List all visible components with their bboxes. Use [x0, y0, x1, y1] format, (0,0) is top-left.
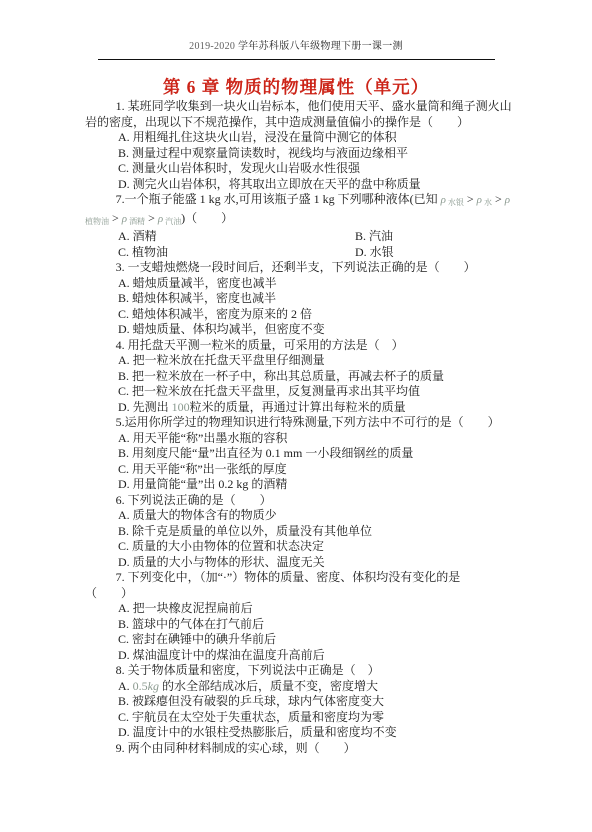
option-line: B. 篮球中的气体在打气前后 — [85, 617, 517, 633]
text-segment: C. 宇航员在太空处于失重状态，质量和密度均为零 — [118, 710, 384, 724]
text-segment: A. 把一块橡皮泥捏扁前后 — [118, 601, 253, 615]
option-line: A. 0.5kg 的水全部结成冰后，质量不变，密度增大 — [85, 679, 517, 695]
option-line: C. 用天平能“称”出一张纸的厚度 — [85, 462, 517, 478]
text-segment: > — [464, 192, 477, 206]
question-stem: 6. 下列说法正确的是（ ） — [85, 493, 517, 509]
option-line: D. 用量筒能“量”出 0.2 kg 的酒精 — [85, 477, 517, 493]
text-segment: C. 植物油 — [118, 245, 168, 259]
text-segment: 水银 — [446, 198, 464, 207]
option-line: C. 质量的大小由物体的位置和状态决定 — [85, 539, 517, 555]
text-segment: C. 质量的大小由物体的位置和状态决定 — [118, 539, 324, 553]
option-line: D. 先测出 100粒米的质量，再通过计算出每粒米的质量 — [85, 400, 517, 416]
question-stem: 9. 两个由同种材料制成的实心球，则（ ） — [85, 741, 517, 757]
text-segment: 的水全部结成冰后，质量不变，密度增大 — [159, 679, 378, 693]
question: 9. 两个由同种材料制成的实心球，则（ ） — [85, 741, 517, 757]
question-stem: 1. 某班同学收集到一块火山岩标本，他们使用天平、盛水量筒和绳子测火山岩的密度，… — [85, 99, 517, 130]
option-line: B. 把一粒米放在一杯子中，称出其总质量，再减去杯子的质量 — [85, 369, 517, 385]
text-segment: A. 把一粒米放在托盘天平盘里仔细测量 — [118, 353, 325, 367]
text-segment: A. 用天平能“称”出墨水瓶的容积 — [118, 431, 287, 445]
option-line: D. 煤油温度计中的煤油在温度升高前后 — [85, 648, 517, 664]
option-line: D. 质量的大小与物体的形状、温度无关 — [85, 555, 517, 571]
text-segment: 7. 下列变化中，（加“·”）物体的质量、密度、体积均没有变化的是 （ ） — [85, 570, 460, 600]
option-line: B. 被踩瘪但没有破裂的乒乓球，球内气体密度变大 — [85, 694, 517, 710]
question-stem: 5.运用你所学过的物理知识进行特殊测量,下列方法中不可行的是（ ） — [85, 415, 517, 431]
text-segment: 7.一个瓶子能盛 1 kg 水,可用该瓶子盛 1 kg 下列哪种液体(已知 — [116, 192, 441, 206]
text-segment: D. 质量的大小与物体的形状、温度无关 — [118, 555, 325, 569]
text-segment: D. 蜡烛质量、体积均减半，但密度不变 — [118, 322, 325, 336]
option-line: C. 植物油 — [85, 245, 322, 261]
text-segment: 3. 一支蜡烛燃烧一段时间后，还剩半支，下列说法正确的是（ ） — [116, 260, 476, 274]
text-segment: kg — [148, 679, 159, 693]
option-line: C. 蜡烛体积减半，密度为原来的 2 倍 — [85, 307, 517, 323]
option-line: B. 蜡烛体积减半，密度也减半 — [85, 291, 517, 307]
option-group: A. 用天平能“称”出墨水瓶的容积B. 用刻度尺能“量”出直径为 0.1 mm … — [85, 431, 517, 493]
text-segment: A. 酒精 — [118, 229, 157, 243]
text-segment: B. 把一粒米放在一杯子中，称出其总质量，再减去杯子的质量 — [118, 369, 444, 383]
text-segment: B. 被踩瘪但没有破裂的乒乓球，球内气体密度变大 — [118, 694, 384, 708]
option-line: A. 酒精 — [85, 229, 322, 245]
text-segment: B. 用刻度尺能“量”出直径为 0.1 mm 一小段细钢丝的质量 — [118, 446, 413, 460]
text-segment: C. 密封在碘锤中的碘升华前后 — [118, 632, 276, 646]
header-year: 2019-2020 — [189, 41, 235, 52]
question: 7. 下列变化中，（加“·”）物体的质量、密度、体积均没有变化的是 （ ）A. … — [85, 570, 517, 663]
text-segment: 6. 下列说法正确的是（ ） — [116, 493, 272, 507]
text-segment: 5.运用你所学过的物理知识进行特殊测量,下列方法中不可行的是（ ） — [116, 415, 500, 429]
option-group: A. 0.5kg 的水全部结成冰后，质量不变，密度增大B. 被踩瘪但没有破裂的乒… — [85, 679, 517, 741]
text-segment: 水 — [482, 198, 492, 207]
question: 3. 一支蜡烛燃烧一段时间后，还剩半支，下列说法正确的是（ ）A. 蜡烛质量减半… — [85, 260, 517, 338]
question: 5.运用你所学过的物理知识进行特殊测量,下列方法中不可行的是（ ）A. 用天平能… — [85, 415, 517, 493]
option-line: B. 除千克是质量的单位以外，质量没有其他单位 — [85, 524, 517, 540]
option-line: D. 水银 — [322, 245, 517, 261]
question: 7.一个瓶子能盛 1 kg 水,可用该瓶子盛 1 kg 下列哪种液体(已知 ρ … — [85, 192, 517, 260]
option-line: C. 测量火山岩体积时，发现火山岩吸水性很强 — [85, 161, 517, 177]
question-stem: 3. 一支蜡烛燃烧一段时间后，还剩半支，下列说法正确的是（ ） — [85, 260, 517, 276]
option-line: A. 把一粒米放在托盘天平盘里仔细测量 — [85, 353, 517, 369]
option-line: C. 宇航员在太空处于失重状态，质量和密度均为零 — [85, 710, 517, 726]
text-segment: B. 蜡烛体积减半，密度也减半 — [118, 291, 276, 305]
text-segment: D. 水银 — [355, 245, 394, 259]
option-line: A. 用粗绳扎住这块火山岩，浸没在量筒中测它的体积 — [85, 130, 517, 146]
question-stem: 7. 下列变化中，（加“·”）物体的质量、密度、体积均没有变化的是 （ ） — [85, 570, 517, 601]
option-line: C. 密封在碘锤中的碘升华前后 — [85, 632, 517, 648]
question: 6. 下列说法正确的是（ ）A. 质量大的物体含有的物质少B. 除千克是质量的单… — [85, 493, 517, 571]
question: 8. 关于物体质量和密度，下列说法中正确是（ ）A. 0.5kg 的水全部结成冰… — [85, 663, 517, 741]
option-line: C. 把一粒米放在托盘天平盘里，反复测量再求出其平均值 — [85, 384, 517, 400]
header-title: 学年苏科版八年级物理下册一课一测 — [235, 41, 403, 52]
text-segment: C. 用天平能“称”出一张纸的厚度 — [118, 462, 287, 476]
page-header: 2019-2020 学年苏科版八年级物理下册一课一测 — [0, 37, 592, 52]
option-line: D. 蜡烛质量、体积均减半，但密度不变 — [85, 322, 517, 338]
question-list: 1. 某班同学收集到一块火山岩标本，他们使用天平、盛水量筒和绳子测火山岩的密度，… — [85, 99, 517, 756]
option-group: A. 用粗绳扎住这块火山岩，浸没在量筒中测它的体积B. 测量过程中观察量筒读数时… — [85, 130, 517, 192]
question-stem: 8. 关于物体质量和密度，下列说法中正确是（ ） — [85, 663, 517, 679]
text-segment: D. 测完火山岩体积，将其取出立即放在天平的盘中称质量 — [118, 177, 421, 191]
option-line: A. 蜡烛质量减半，密度也减半 — [85, 276, 517, 292]
text-segment: D. 温度计中的水银柱受热膨胀后，质量和密度均不变 — [118, 725, 397, 739]
option-line: A. 用天平能“称”出墨水瓶的容积 — [85, 431, 517, 447]
text-segment: A. 用粗绳扎住这块火山岩，浸没在量筒中测它的体积 — [118, 130, 397, 144]
text-segment: A. — [118, 679, 133, 693]
text-segment: )（ ） — [181, 211, 233, 225]
option-line: B. 汽油 — [322, 229, 517, 245]
text-segment: D. 先测出 — [118, 400, 172, 414]
text-segment: B. 篮球中的气体在打气前后 — [118, 617, 264, 631]
text-segment: 9. 两个由同种材料制成的实心球，则（ ） — [116, 741, 356, 755]
question: 4. 用托盘天平测一粒米的质量，可采用的方法是（ ）A. 把一粒米放在托盘天平盘… — [85, 338, 517, 416]
option-line: B. 用刻度尺能“量”出直径为 0.1 mm 一小段细钢丝的质量 — [85, 446, 517, 462]
option-group: A. 酒精B. 汽油C. 植物油D. 水银 — [85, 229, 517, 260]
option-line: B. 测量过程中观察量筒读数时，视线均与液面边缘相平 — [85, 146, 517, 162]
text-segment: A. 蜡烛质量减半，密度也减半 — [118, 276, 277, 290]
text-segment: 4. 用托盘天平测一粒米的质量，可采用的方法是（ ） — [116, 338, 404, 352]
text-segment: B. 除千克是质量的单位以外，质量没有其他单位 — [118, 524, 372, 538]
text-segment: B. 汽油 — [355, 229, 393, 243]
text-segment: > — [145, 211, 158, 225]
option-line: D. 测完火山岩体积，将其取出立即放在天平的盘中称质量 — [85, 177, 517, 193]
text-segment: D. 用量筒能“量”出 0.2 kg 的酒精 — [118, 477, 287, 491]
text-segment: B. 测量过程中观察量筒读数时，视线均与液面边缘相平 — [118, 146, 408, 160]
text-segment: 8. 关于物体质量和密度，下列说法中正确是（ ） — [116, 663, 380, 677]
option-group: A. 把一粒米放在托盘天平盘里仔细测量B. 把一粒米放在一杯子中，称出其总质量，… — [85, 353, 517, 415]
text-segment: C. 把一粒米放在托盘天平盘里，反复测量再求出其平均值 — [118, 384, 420, 398]
test-paper-page: 2019-2020 学年苏科版八年级物理下册一课一测 第 6 章 物质的物理属性… — [0, 0, 592, 832]
option-line: A. 质量大的物体含有的物质少 — [85, 508, 517, 524]
text-segment: C. 测量火山岩体积时，发现火山岩吸水性很强 — [118, 161, 360, 175]
text-segment: > — [109, 211, 122, 225]
text-segment: A. 质量大的物体含有的物质少 — [118, 508, 277, 522]
page-title: 第 6 章 物质的物理属性（单元） — [0, 74, 592, 99]
text-segment: 1. 某班同学收集到一块火山岩标本，他们使用天平、盛水量筒和绳子测火山岩的密度，… — [85, 99, 512, 129]
option-group: A. 蜡烛质量减半，密度也减半B. 蜡烛体积减半，密度也减半C. 蜡烛体积减半，… — [85, 276, 517, 338]
question-stem: 7.一个瓶子能盛 1 kg 水,可用该瓶子盛 1 kg 下列哪种液体(已知 ρ … — [85, 192, 517, 229]
question: 1. 某班同学收集到一块火山岩标本，他们使用天平、盛水量筒和绳子测火山岩的密度，… — [85, 99, 517, 192]
text-segment: C. 蜡烛体积减半，密度为原来的 2 倍 — [118, 307, 312, 321]
text-segment: > — [492, 192, 505, 206]
option-line: D. 温度计中的水银柱受热膨胀后，质量和密度均不变 — [85, 725, 517, 741]
question-stem: 4. 用托盘天平测一粒米的质量，可采用的方法是（ ） — [85, 338, 517, 354]
text-segment: 0.5 — [133, 679, 148, 693]
text-segment: D. 煤油温度计中的煤油在温度升高前后 — [118, 648, 325, 662]
text-segment: 粒米的质量，再通过计算出每粒米的质量 — [190, 400, 406, 414]
option-line: A. 把一块橡皮泥捏扁前后 — [85, 601, 517, 617]
text-segment: 汽油 — [163, 217, 181, 226]
text-segment: 酒精 — [127, 217, 145, 226]
text-segment: 100 — [172, 400, 190, 414]
header-rule — [98, 59, 495, 60]
option-group: A. 质量大的物体含有的物质少B. 除千克是质量的单位以外，质量没有其他单位C.… — [85, 508, 517, 570]
option-group: A. 把一块橡皮泥捏扁前后B. 篮球中的气体在打气前后C. 密封在碘锤中的碘升华… — [85, 601, 517, 663]
